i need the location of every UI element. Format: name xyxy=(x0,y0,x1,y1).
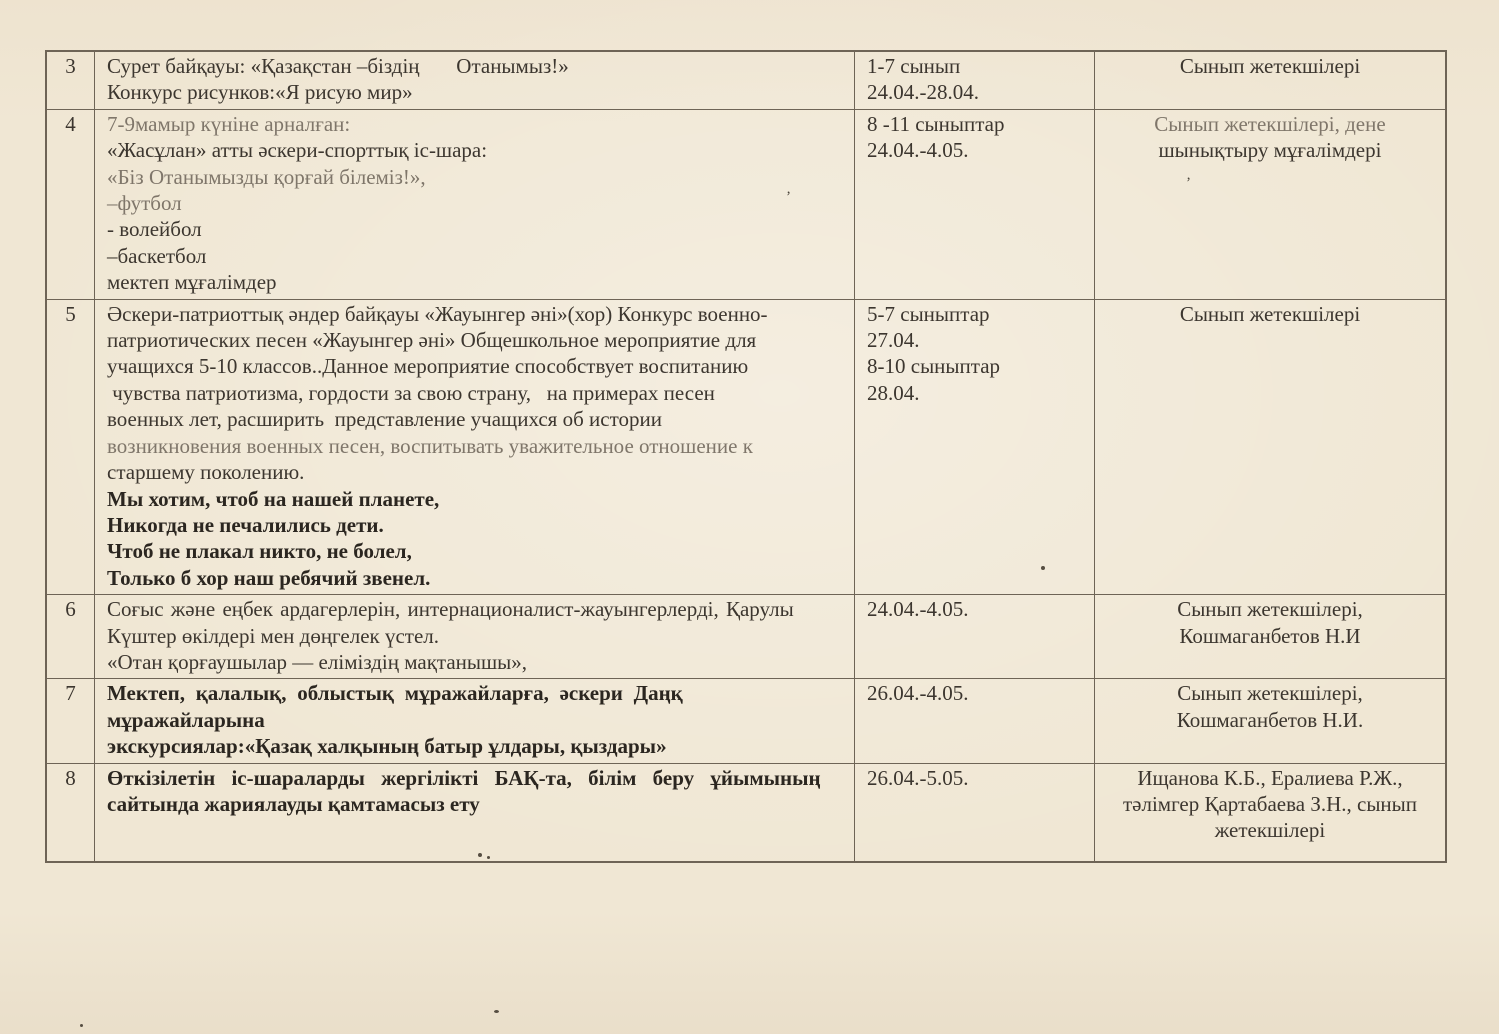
text-line: 8-10 сыныптар xyxy=(867,353,1084,379)
row-number-cell: 6 xyxy=(47,595,95,678)
text-line: –баскетбол xyxy=(107,243,844,269)
text-line: 24.04.-4.05. xyxy=(867,137,1084,163)
scan-artifact xyxy=(478,853,482,857)
text-line: сайтында жариялауды қамтамасыз ету xyxy=(107,791,844,817)
row-number-cell: 5 xyxy=(47,300,95,594)
responsible-cell: Сынып жетекшілері,Кошмаганбетов Н.И. xyxy=(1095,679,1445,762)
text-line: - волейбол xyxy=(107,216,844,242)
classes-dates-cell: 1-7 сынып24.04.-28.04. xyxy=(855,52,1095,109)
text-line: 5-7 сыныптар xyxy=(867,301,1084,327)
responsible-cell: Сынып жетекшілері xyxy=(1095,300,1445,594)
event-description-cell: Мектеп, қалалық, облыстық мұражайларға, … xyxy=(95,679,855,762)
text-line: 27.04. xyxy=(867,327,1084,353)
text-line: 7-9мамыр күніне арналған: xyxy=(107,111,844,137)
text-line: 26.04.-5.05. xyxy=(867,765,1084,791)
text-line: 1-7 сынып xyxy=(867,53,1084,79)
text-line: Әскери-патриоттық әндер байқауы «Жауынге… xyxy=(107,301,844,327)
text-line: старшему поколению. xyxy=(107,459,844,485)
text-line: Сурет байқауы: «Қазақстан –біздің Отаным… xyxy=(107,53,844,79)
text-line: экскурсиялар:«Қазақ халқының батыр ұлдар… xyxy=(107,733,844,759)
text-line: Никогда не печалились дети. xyxy=(107,512,844,538)
text-line: жетекшілері xyxy=(1103,817,1437,843)
row-number-cell: 7 xyxy=(47,679,95,762)
events-table: 3Сурет байқауы: «Қазақстан –біздің Отаны… xyxy=(45,50,1447,863)
text-line: Өткізілетін іс-шараларды жергілікті БАҚ-… xyxy=(107,765,844,791)
scan-artifact xyxy=(80,1024,83,1027)
event-description-cell: Әскери-патриоттық әндер байқауы «Жауынге… xyxy=(95,300,855,594)
classes-dates-cell: 26.04.-4.05. xyxy=(855,679,1095,762)
text-line: Сынып жетекшілері, xyxy=(1103,680,1437,706)
text-line: Конкурс рисунков:«Я рисую мир» xyxy=(107,79,844,105)
responsible-cell: Сынып жетекшілері xyxy=(1095,52,1445,109)
event-description-cell: Өткізілетін іс-шараларды жергілікті БАҚ-… xyxy=(95,764,855,861)
scan-artifact: ’ xyxy=(786,192,791,202)
responsible-cell: Ищанова К.Б., Ералиева Р.Ж.,тәлімгер Қар… xyxy=(1095,764,1445,861)
table-row: 6Соғыс және еңбек ардагерлерін, интернац… xyxy=(47,595,1445,679)
table-row: 47-9мамыр күніне арналған:«Жасұлан» атты… xyxy=(47,110,1445,300)
table-row: 8Өткізілетін іс-шараларды жергілікті БАҚ… xyxy=(47,764,1445,861)
text-line: Күштер өкілдері мен дөңгелек үстел. xyxy=(107,623,844,649)
event-description-cell: Соғыс және еңбек ардагерлерін, интернаци… xyxy=(95,595,855,678)
text-line: военных лет, расширить представление уча… xyxy=(107,406,844,432)
text-line: чувства патриотизма, гордости за свою ст… xyxy=(107,380,844,406)
text-line: мектеп мұғалімдер xyxy=(107,269,844,295)
scan-artifact xyxy=(494,1010,499,1013)
text-line: шынықтыру мұғалімдері xyxy=(1103,137,1437,163)
table-row: 3Сурет байқауы: «Қазақстан –біздің Отаны… xyxy=(47,52,1445,110)
text-line: –футбол xyxy=(107,190,844,216)
scan-artifact xyxy=(487,856,490,859)
classes-dates-cell: 26.04.-5.05. xyxy=(855,764,1095,861)
row-number-cell: 4 xyxy=(47,110,95,299)
event-description-cell: Сурет байқауы: «Қазақстан –біздің Отаным… xyxy=(95,52,855,109)
text-line: Только б хор наш ребячий звенел. xyxy=(107,565,844,591)
text-line: Сынып жетекшілері xyxy=(1103,53,1437,79)
text-line: Сынып жетекшілері, дене xyxy=(1103,111,1437,137)
responsible-cell: Сынып жетекшілері, денешынықтыру мұғалім… xyxy=(1095,110,1445,299)
text-line: Кошмаганбетов Н.И. xyxy=(1103,707,1437,733)
classes-dates-cell: 24.04.-4.05. xyxy=(855,595,1095,678)
classes-dates-cell: 5-7 сыныптар27.04.8-10 сыныптар28.04. xyxy=(855,300,1095,594)
text-line: 24.04.-28.04. xyxy=(867,79,1084,105)
text-line: «Отан қорғаушылар — еліміздің мақтанышы»… xyxy=(107,649,844,675)
text-line: Сынып жетекшілері xyxy=(1103,301,1437,327)
scan-artifact: ’ xyxy=(1186,178,1191,188)
text-line: Мы хотим, чтоб на нашей планете, xyxy=(107,486,844,512)
row-number-cell: 8 xyxy=(47,764,95,861)
text-line: Ищанова К.Б., Ералиева Р.Ж., xyxy=(1103,765,1437,791)
table-row: 7Мектеп, қалалық, облыстық мұражайларға,… xyxy=(47,679,1445,763)
responsible-cell: Сынып жетекшілері,Кошмаганбетов Н.И xyxy=(1095,595,1445,678)
text-line: 24.04.-4.05. xyxy=(867,596,1084,622)
text-line: «Жасұлан» атты әскери-спорттық іс-шара: xyxy=(107,137,844,163)
text-line: 26.04.-4.05. xyxy=(867,680,1084,706)
text-line: Соғыс және еңбек ардагерлерін, интернаци… xyxy=(107,596,844,622)
text-line: Мектеп, қалалық, облыстық мұражайларға, … xyxy=(107,680,844,733)
text-line: учащихся 5-10 классов..Данное мероприяти… xyxy=(107,353,844,379)
text-line: Сынып жетекшілері, xyxy=(1103,596,1437,622)
table-row: 5Әскери-патриоттық әндер байқауы «Жауынг… xyxy=(47,300,1445,595)
scanned-page: 3Сурет байқауы: «Қазақстан –біздің Отаны… xyxy=(0,0,1499,1034)
text-line: патриотических песен «Жауынгер әні» Обще… xyxy=(107,327,844,353)
text-line: Чтоб не плакал никто, не болел, xyxy=(107,538,844,564)
row-number-cell: 3 xyxy=(47,52,95,109)
classes-dates-cell: 8 -11 сыныптар24.04.-4.05. xyxy=(855,110,1095,299)
event-description-cell: 7-9мамыр күніне арналған:«Жасұлан» атты … xyxy=(95,110,855,299)
text-line: возникновения военных песен, воспитывать… xyxy=(107,433,844,459)
text-line: «Біз Отанымызды қорғай білеміз!», xyxy=(107,164,844,190)
text-line: Кошмаганбетов Н.И xyxy=(1103,623,1437,649)
scan-artifact xyxy=(1041,566,1045,570)
text-line: 28.04. xyxy=(867,380,1084,406)
text-line: тәлімгер Қартабаева З.Н., сынып xyxy=(1103,791,1437,817)
text-line: 8 -11 сыныптар xyxy=(867,111,1084,137)
